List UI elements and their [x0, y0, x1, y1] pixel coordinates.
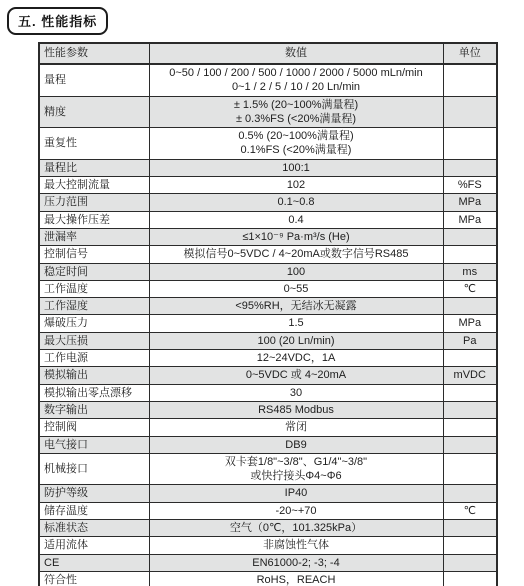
value-cell: -20~+70: [149, 502, 443, 519]
unit-cell: MPa: [443, 315, 497, 332]
param-cell: 储存温度: [39, 502, 149, 519]
unit-cell: [443, 485, 497, 502]
unit-cell: [443, 571, 497, 586]
table-row: 泄漏率 ≤1×10⁻⁹ Pa·m³/s (He): [39, 228, 497, 245]
unit-cell: [443, 436, 497, 453]
unit-cell: [443, 401, 497, 418]
unit-cell: MPa: [443, 211, 497, 228]
unit-cell: ms: [443, 263, 497, 280]
table-row: 工作湿度 <95%RH，无结冰无凝露: [39, 298, 497, 315]
value-cell: 0.1~0.8: [149, 194, 443, 211]
unit-cell: Pa: [443, 332, 497, 349]
value-cell: 30: [149, 384, 443, 401]
unit-cell: mVDC: [443, 367, 497, 384]
param-cell: 工作电源: [39, 350, 149, 367]
param-cell: 适用流体: [39, 537, 149, 554]
value-cell: <95%RH，无结冰无凝露: [149, 298, 443, 315]
header-param: 性能参数: [39, 43, 149, 64]
param-cell: CE: [39, 554, 149, 571]
value-cell: 12~24VDC，1A: [149, 350, 443, 367]
value-cell: 0.5% (20~100%满量程) 0.1%FS (<20%满量程): [149, 128, 443, 160]
table-row: 机械接口 双卡套1/8"~3/8"、G1/4"~3/8" 或快拧接头Φ4~Φ6: [39, 453, 497, 485]
header-value: 数值: [149, 43, 443, 64]
table-row: 模拟输出零点漂移 30: [39, 384, 497, 401]
table-row: 储存温度 -20~+70 ℃: [39, 502, 497, 519]
table-row: 符合性 RoHS，REACH: [39, 571, 497, 586]
unit-cell: [443, 419, 497, 436]
param-cell: 控制信号: [39, 246, 149, 263]
table-row: 控制信号 模拟信号0~5VDC / 4~20mA或数字信号RS485: [39, 246, 497, 263]
unit-cell: [443, 298, 497, 315]
value-cell: 0~5VDC 或 4~20mA: [149, 367, 443, 384]
performance-spec-table: 性能参数 数值 单位 量程 0~50 / 100 / 200 / 500 / 1…: [38, 42, 498, 586]
value-cell: 0~55: [149, 280, 443, 297]
value-cell: ± 1.5% (20~100%满量程) ± 0.3%FS (<20%满量程): [149, 96, 443, 128]
value-cell: DB9: [149, 436, 443, 453]
param-cell: 标准状态: [39, 520, 149, 537]
table-row: 精度 ± 1.5% (20~100%满量程) ± 0.3%FS (<20%满量程…: [39, 96, 497, 128]
unit-cell: [443, 384, 497, 401]
value-cell: 空气（0℃，101.325kPa）: [149, 520, 443, 537]
table-row: 最大操作压差 0.4 MPa: [39, 211, 497, 228]
table-row: 电气接口 DB9: [39, 436, 497, 453]
unit-cell: [443, 64, 497, 96]
table-row: 爆破压力 1.5 MPa: [39, 315, 497, 332]
param-cell: 电气接口: [39, 436, 149, 453]
table-row: 稳定时间 100 ms: [39, 263, 497, 280]
table-row: 工作电源 12~24VDC，1A: [39, 350, 497, 367]
param-cell: 稳定时间: [39, 263, 149, 280]
param-cell: 量程: [39, 64, 149, 96]
value-cell: 双卡套1/8"~3/8"、G1/4"~3/8" 或快拧接头Φ4~Φ6: [149, 453, 443, 485]
table-row: 模拟输出 0~5VDC 或 4~20mA mVDC: [39, 367, 497, 384]
table-row: 压力范围 0.1~0.8 MPa: [39, 194, 497, 211]
param-cell: 最大压损: [39, 332, 149, 349]
table-row: 标准状态 空气（0℃，101.325kPa）: [39, 520, 497, 537]
unit-cell: [443, 537, 497, 554]
param-cell: 最大控制流量: [39, 177, 149, 194]
value-cell: 模拟信号0~5VDC / 4~20mA或数字信号RS485: [149, 246, 443, 263]
value-cell: RoHS，REACH: [149, 571, 443, 586]
param-cell: 模拟输出: [39, 367, 149, 384]
unit-cell: [443, 159, 497, 176]
param-cell: 最大操作压差: [39, 211, 149, 228]
value-cell: 0~50 / 100 / 200 / 500 / 1000 / 2000 / 5…: [149, 64, 443, 96]
header-unit: 单位: [443, 43, 497, 64]
value-cell: IP40: [149, 485, 443, 502]
table-row: CE EN61000-2; -3; -4: [39, 554, 497, 571]
table-row: 控制阀 常闭: [39, 419, 497, 436]
unit-cell: [443, 246, 497, 263]
value-cell: 1.5: [149, 315, 443, 332]
param-cell: 防护等级: [39, 485, 149, 502]
value-cell: 100: [149, 263, 443, 280]
table-header-row: 性能参数 数值 单位: [39, 43, 497, 64]
value-cell: 0.4: [149, 211, 443, 228]
table-row: 数字输出 RS485 Modbus: [39, 401, 497, 418]
value-cell: 100:1: [149, 159, 443, 176]
param-cell: 控制阀: [39, 419, 149, 436]
value-cell: RS485 Modbus: [149, 401, 443, 418]
unit-cell: MPa: [443, 194, 497, 211]
table-row: 最大控制流量 102 %FS: [39, 177, 497, 194]
unit-cell: [443, 96, 497, 128]
spec-sheet-page: 五. 性能指标 性能参数 数值 单位 量程 0~50 / 100 / 200 /…: [0, 0, 524, 586]
unit-cell: [443, 554, 497, 571]
section-title: 五. 性能指标: [7, 7, 108, 35]
unit-cell: [443, 453, 497, 485]
param-cell: 压力范围: [39, 194, 149, 211]
table-row: 最大压损 100 (20 Ln/min) Pa: [39, 332, 497, 349]
unit-cell: [443, 228, 497, 245]
table-row: 重复性 0.5% (20~100%满量程) 0.1%FS (<20%满量程): [39, 128, 497, 160]
param-cell: 数字输出: [39, 401, 149, 418]
value-cell: 100 (20 Ln/min): [149, 332, 443, 349]
table-row: 量程 0~50 / 100 / 200 / 500 / 1000 / 2000 …: [39, 64, 497, 96]
param-cell: 量程比: [39, 159, 149, 176]
param-cell: 重复性: [39, 128, 149, 160]
table-row: 量程比 100:1: [39, 159, 497, 176]
value-cell: EN61000-2; -3; -4: [149, 554, 443, 571]
value-cell: ≤1×10⁻⁹ Pa·m³/s (He): [149, 228, 443, 245]
value-cell: 非腐蚀性气体: [149, 537, 443, 554]
param-cell: 机械接口: [39, 453, 149, 485]
param-cell: 工作湿度: [39, 298, 149, 315]
param-cell: 工作温度: [39, 280, 149, 297]
unit-cell: [443, 128, 497, 160]
param-cell: 精度: [39, 96, 149, 128]
value-cell: 102: [149, 177, 443, 194]
unit-cell: ℃: [443, 280, 497, 297]
table-row: 适用流体 非腐蚀性气体: [39, 537, 497, 554]
unit-cell: [443, 520, 497, 537]
param-cell: 符合性: [39, 571, 149, 586]
unit-cell: %FS: [443, 177, 497, 194]
table-row: 防护等级 IP40: [39, 485, 497, 502]
param-cell: 爆破压力: [39, 315, 149, 332]
table-row: 工作温度 0~55 ℃: [39, 280, 497, 297]
unit-cell: ℃: [443, 502, 497, 519]
value-cell: 常闭: [149, 419, 443, 436]
param-cell: 模拟输出零点漂移: [39, 384, 149, 401]
unit-cell: [443, 350, 497, 367]
param-cell: 泄漏率: [39, 228, 149, 245]
